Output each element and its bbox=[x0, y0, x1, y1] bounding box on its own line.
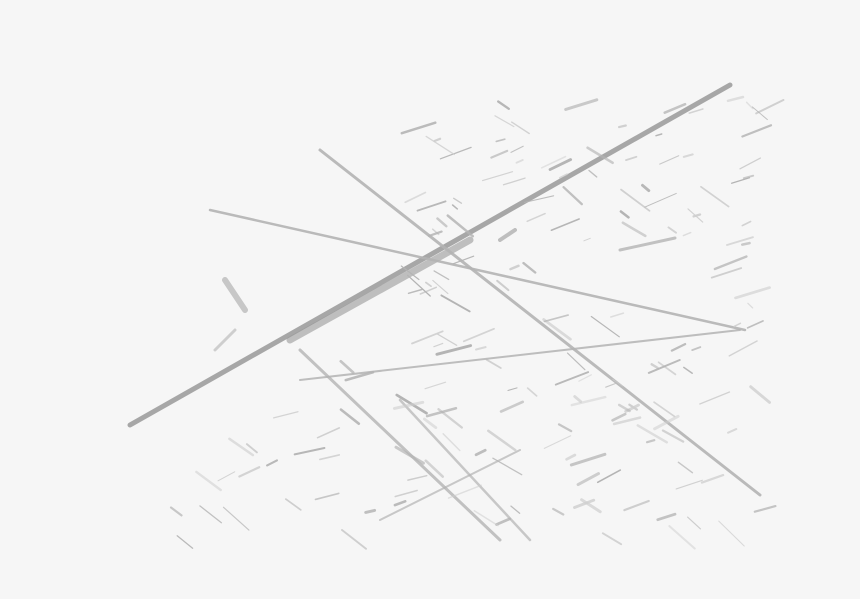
scratch-line bbox=[366, 510, 375, 512]
scratch-line bbox=[742, 243, 749, 245]
scratch-texture bbox=[0, 0, 860, 599]
scratch-line bbox=[619, 126, 626, 128]
background bbox=[0, 0, 860, 599]
